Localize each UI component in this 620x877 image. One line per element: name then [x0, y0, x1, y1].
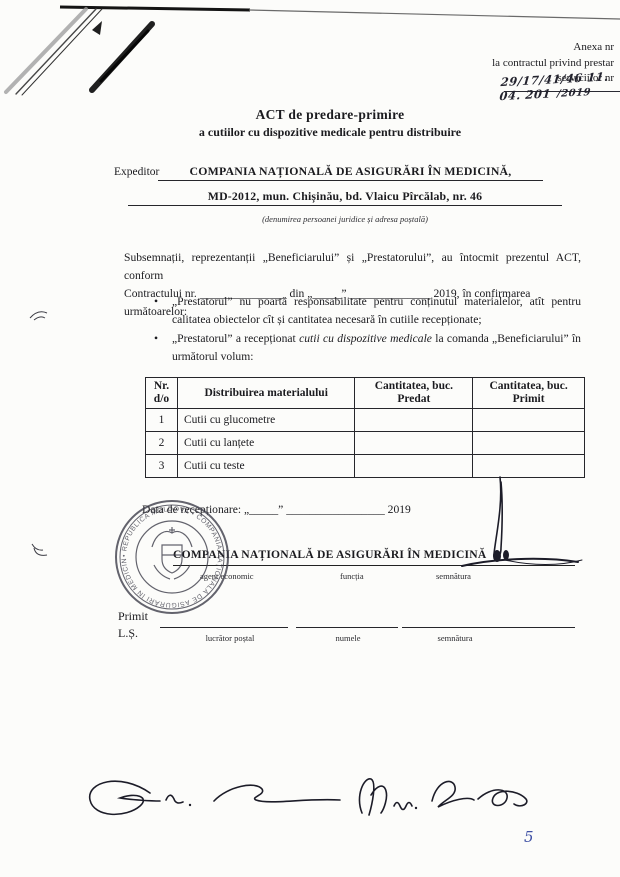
row-material: Cutii cu lanțete [177, 432, 355, 455]
margin-marks [30, 312, 47, 556]
row-nr: 3 [146, 455, 178, 478]
handwritten-signatures-bottom [90, 779, 527, 815]
col-header-nr: Nr. d/o [146, 378, 178, 409]
col-header-predat: Cantitatea, buc. Predat [355, 378, 473, 409]
table-row: 3 Cutii cu teste [146, 455, 585, 478]
page-number: 5 [524, 828, 534, 846]
ls-label: L.Ș. [118, 626, 138, 641]
intro-line1: Subsemnații, reprezentanții „Beneficiaru… [124, 249, 581, 285]
document-title: ACT de predare-primire a cutiilor cu dis… [70, 107, 590, 140]
numele-label: numele [318, 633, 378, 643]
handwritten-fraction: /2019 [557, 87, 592, 100]
table-row: 1 Cutii cu glucometre [146, 409, 585, 432]
col-header-material: Distribuirea materialului [177, 378, 355, 409]
primit-line-3 [402, 612, 575, 628]
primit-label: Primit [118, 609, 148, 624]
expeditor-caption: (denumirea persoanei juridice și adresa … [130, 214, 560, 224]
row-material: Cutii cu teste [177, 455, 355, 478]
lucrator-postal-label: lucrător poștal [185, 633, 275, 643]
agent-economic-label: agent economic [200, 571, 254, 581]
title-line2: a cutiilor cu dispozitive medicale pentr… [70, 125, 590, 140]
scanned-document-page: Anexa nr la contractul privind prestar s… [0, 0, 620, 877]
semnatura2-label: semnătura [420, 633, 490, 643]
functia-label: funcția [340, 571, 364, 581]
row-primit [473, 432, 585, 455]
row-nr: 1 [146, 409, 178, 432]
materials-table: Nr. d/o Distribuirea materialului Cantit… [145, 377, 585, 478]
condition2-prefix: „Prestatorul” a recepționat [172, 332, 299, 345]
page-edge-lines [60, 7, 620, 19]
row-material: Cutii cu glucometre [177, 409, 355, 432]
expeditor-address: MD-2012, mun. Chișinău, bd. Vlaicu Pîrcă… [128, 180, 562, 206]
expeditor-label: Expeditor [114, 166, 159, 178]
primit-line-2 [296, 612, 398, 628]
row-primit [473, 409, 585, 432]
row-predat [355, 455, 473, 478]
signing-company-line: COMPANIA NAȚIONALĂ DE ASIGURĂRI ÎN MEDIC… [173, 548, 575, 566]
annex-line1: Anexa nr [492, 40, 614, 56]
row-nr: 2 [146, 432, 178, 455]
row-predat [355, 409, 473, 432]
semnatura-label: semnătura [436, 571, 471, 581]
condition2-italic: cutii cu dispozitive medicale [299, 332, 432, 345]
row-predat [355, 432, 473, 455]
streak-arrowhead [92, 21, 102, 35]
corner-streaks [6, 9, 152, 95]
primit-line-1 [160, 612, 288, 628]
row-primit [473, 455, 585, 478]
conditions-list: „Prestatorul” nu poartă responsabilitate… [148, 293, 581, 367]
expeditor-company: COMPANIA NAȚIONALĂ DE ASIGURĂRI ÎN MEDIC… [158, 154, 543, 181]
condition-item-2: „Prestatorul” a recepționat cutii cu dis… [148, 330, 581, 366]
table-header-row: Nr. d/o Distribuirea materialului Cantit… [146, 378, 585, 409]
table-row: 2 Cutii cu lanțete [146, 432, 585, 455]
annex-line2: la contractul privind prestar [492, 56, 614, 72]
title-line1: ACT de predare-primire [70, 107, 590, 123]
reception-date-line: Data de recepționare: „_____” __________… [142, 503, 411, 516]
condition-item-1: „Prestatorul” nu poartă responsabilitate… [148, 293, 581, 329]
col-header-primit: Cantitatea, buc. Primit [473, 378, 585, 409]
